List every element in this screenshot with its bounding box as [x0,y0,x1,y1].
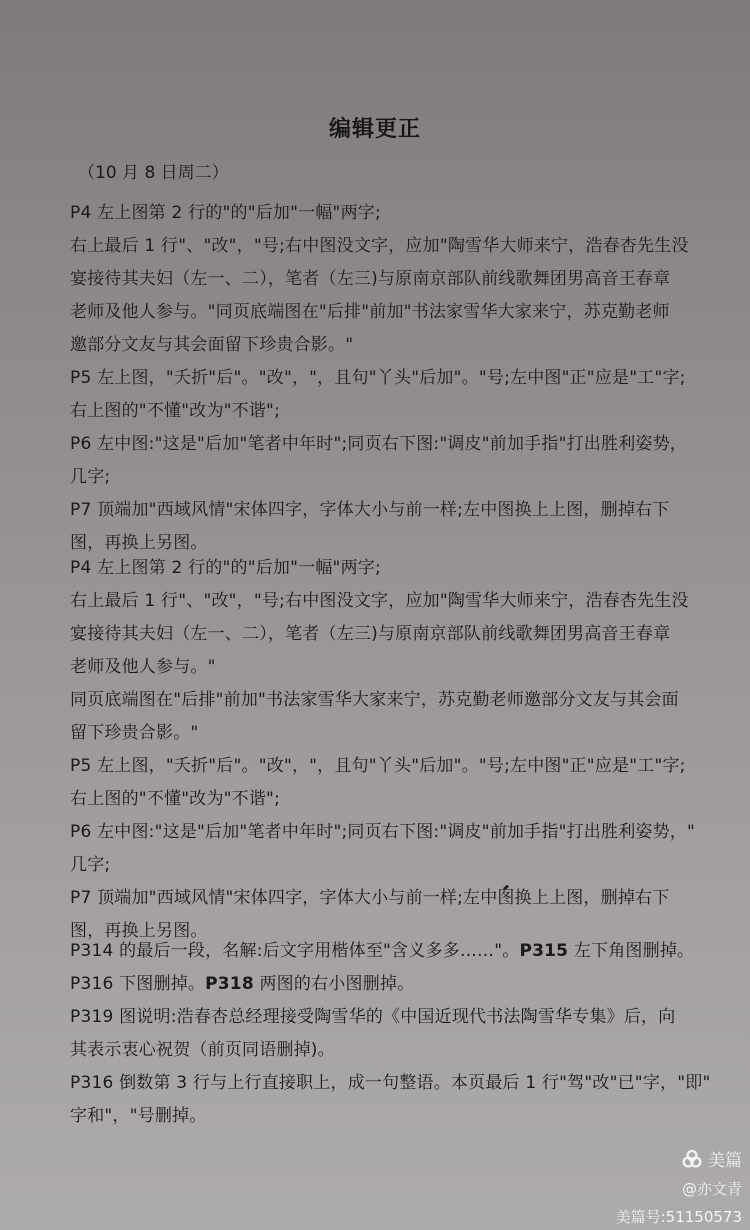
corrections-section-2: P4 左上图第 2 行的"的"后加"一幅"两字; 右上最后 1 行"、"改"，"… [70,552,690,948]
corrections-section-3: P314 的最后一段，名解:后文字用楷体至"含义多多……"。P315 左下角图删… [70,935,690,1133]
watermark-brand-text: 美篇 [708,1146,742,1171]
text-line: P6 左中图:"这是"后加"笔者中年时";同页右下图:"调皮"前加手指"打出胜利… [70,428,690,461]
meipian-logo-icon [682,1149,702,1169]
text-line: P319 图说明:浩春杏总经理接受陶雪华的《中国近现代书法陶雪华专集》后，向 [70,1001,690,1034]
text-line: P314 的最后一段，名解:后文字用楷体至"含义多多……"。P315 左下角图删… [70,935,690,968]
text-line: P7 顶端加"西域风情"宋体四字，字体大小与前一样;左中图换上上图，删掉右下 [70,882,690,915]
text-line: 字和"，"号删掉。 [70,1100,690,1133]
text-line: 老师及他人参与。" [70,651,690,684]
watermark-brand: 美篇 [682,1146,742,1171]
text-line: 同页底端图在"后排"前加"书法家雪华大家来宁，苏克勤老师邀部分文友与其会面 [70,684,690,717]
text-line: P7 顶端加"西域风情"宋体四字，字体大小与前一样;左中图换上上图，删掉右下 [70,494,690,527]
text-line: P5 左上图，"夭折"后"。"改"，"，且句"丫头"后加"。"号;左中图"正"应… [70,362,690,395]
text-line: 宴接待其夫妇（左一、二），笔者（左三)与原南京部队前线歌舞团男高音王春章 [70,618,690,651]
text-line: 邀部分文友与其会面留下珍贵合影。" [70,329,690,362]
document-title: 编辑更正 [0,112,750,143]
text-line: P6 左中图:"这是"后加"笔者中年时";同页右下图:"调皮"前加手指"打出胜利… [70,816,690,849]
scanned-document-page: 编辑更正 （10 月 8 日周二） P4 左上图第 2 行的"的"后加"一幅"两… [0,0,750,1230]
watermark-author: @亦文青 [682,1178,742,1199]
text-line: 右上图的"不懂"改为"不谐"; [70,395,690,428]
text-line: P4 左上图第 2 行的"的"后加"一幅"两字; [70,552,690,585]
text-line: 右上图的"不懂"改为"不谐"; [70,783,690,816]
text-line: 几字; [70,461,690,494]
text-line: P4 左上图第 2 行的"的"后加"一幅"两字; [70,197,690,230]
text-line: P316 下图删掉。P318 两图的右小图删掉。 [70,968,690,1001]
document-date: （10 月 8 日周二） [78,158,229,183]
text-line: 其表示衷心祝贺（前页同语删掉)。 [70,1034,690,1067]
text-line: 几字; [70,849,690,882]
text-line: 留下珍贵合影。" [70,717,690,750]
text-line: 右上最后 1 行"、"改"，"号;右中图没文字，应加"陶雪华大师来宁，浩春杏先生… [70,230,690,263]
text-line: P5 左上图，"夭折"后"。"改"，"，且句"丫头"后加"。"号;左中图"正"应… [70,750,690,783]
text-line: 老师及他人参与。"同页底端图在"后排"前加"书法家雪华大家来宁，苏克勤老师 [70,296,690,329]
watermark-id: 美篇号:51150573 [616,1206,742,1227]
text-line: 宴接待其夫妇（左一、二），笔者（左三)与原南京部队前线歌舞团男高音王春章 [70,263,690,296]
text-line: 右上最后 1 行"、"改"，"号;右中图没文字，应加"陶雪华大师来宁，浩春杏先生… [70,585,690,618]
text-line: P316 倒数第 3 行与上行直接职上，成一句整语。本页最后 1 行"驾"改"已… [70,1067,690,1100]
corrections-section-1: P4 左上图第 2 行的"的"后加"一幅"两字; 右上最后 1 行"、"改"，"… [70,197,690,560]
